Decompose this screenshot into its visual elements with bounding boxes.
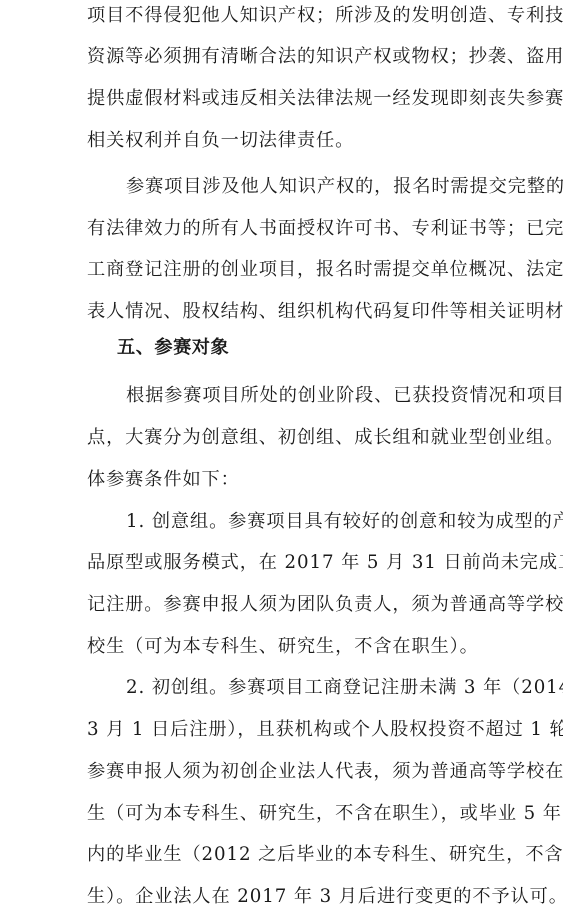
- paragraph-1-line-4: 相关权利并自负一切法律责任。: [87, 129, 481, 153]
- paragraph-5-line-5: 内的毕业生（2012 之后毕业的本专科生、研究生，不含在职: [87, 843, 481, 867]
- section-heading: 五、参赛对象: [117, 336, 229, 360]
- paragraph-2-line-4: 表人情况、股权结构、组织机构代码复印件等相关证明材料。: [87, 300, 481, 324]
- paragraph-2-line-3: 工商登记注册的创业项目，报名时需提交单位概况、法定代: [87, 258, 481, 282]
- paragraph-4-line-3: 记注册。参赛申报人须为团队负责人，须为普通高等学校在: [87, 593, 481, 617]
- paragraph-5-line-3: 参赛申报人须为初创企业法人代表，须为普通高等学校在校: [87, 760, 481, 784]
- paragraph-3-line-3: 体参赛条件如下：: [87, 468, 481, 492]
- paragraph-1-line-1: 项目不得侵犯他人知识产权；所涉及的发明创造、专利技术、: [87, 4, 481, 28]
- paragraph-1-line-3: 提供虚假材料或违反相关法律法规一经发现即刻丧失参赛: [87, 87, 481, 111]
- paragraph-3-line-1: 根据参赛项目所处的创业阶段、已获投资情况和项目特: [126, 384, 481, 408]
- paragraph-5-line-2: 3 月 1 日后注册），且获机构或个人股权投资不超过 1 轮次。: [87, 718, 481, 742]
- paragraph-4-line-4: 校生（可为本专科生、研究生，不含在职生）。: [87, 635, 481, 659]
- paragraph-5-line-6: 生）。企业法人在 2017 年 3 月后进行变更的不予认可。: [87, 885, 481, 909]
- paragraph-4-line-1: 1. 创意组。参赛项目具有较好的创意和较为成型的产: [126, 510, 481, 534]
- paragraph-1-line-2: 资源等必须拥有清晰合法的知识产权或物权；抄袭、盗用、: [87, 45, 481, 69]
- paragraph-3-line-2: 点，大赛分为创意组、初创组、成长组和就业型创业组。具: [87, 426, 481, 450]
- paragraph-5-line-1: 2. 初创组。参赛项目工商登记注册未满 3 年（2014 年: [126, 676, 481, 700]
- paragraph-4-line-2: 品原型或服务模式，在 2017 年 5 月 31 日前尚未完成工商登: [87, 551, 481, 575]
- paragraph-2-line-2: 有法律效力的所有人书面授权许可书、专利证书等；已完成: [87, 217, 481, 241]
- paragraph-2-line-1: 参赛项目涉及他人知识产权的，报名时需提交完整的具: [126, 175, 481, 199]
- paragraph-5-line-4: 生（可为本专科生、研究生，不含在职生），或毕业 5 年以: [87, 802, 481, 826]
